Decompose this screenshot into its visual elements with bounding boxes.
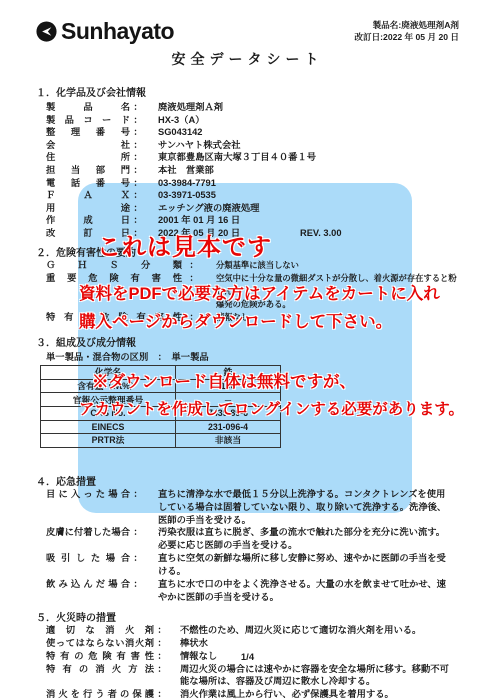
section-company-info: １．化学品及び会社情報 製 品 名：廃液処理剤Ａ剤 製品コード：HX-3（A） …	[36, 84, 459, 240]
colon-separator: ：	[130, 151, 146, 164]
field-label: 目 に 入 っ た 場 合	[46, 488, 130, 527]
field-row: 作 成 日：2001 年 01 月 16 日	[36, 214, 459, 227]
colon-separator: ：	[130, 202, 146, 215]
field-label: 吸 引 し た 場 合	[46, 552, 130, 578]
colon-separator: ：	[154, 637, 170, 650]
table-row: PRTR法非該当	[41, 434, 281, 448]
field-row: 用 途：エッチング液の廃液処理	[36, 202, 459, 215]
single-product-line: 単一製品・混合物の区別 ： 単一製品	[36, 351, 459, 364]
section-first-aid: ４．応急措置 目 に 入 っ た 場 合：直ちに清浄な水で最低１５分以上洗浄する…	[36, 473, 459, 604]
watermark-instruction-line: ※ダウンロード自体は無料ですが、	[92, 368, 356, 392]
field-label: 会 社	[46, 139, 130, 152]
field-row: 飲 み 込 ん だ 場 合：直ちに水で口の中をよく洗浄させる。大量の水を飲ませて…	[36, 578, 459, 604]
section-3-heading: ３．組成及び成分情報	[36, 334, 459, 349]
colon-separator: ：	[154, 624, 170, 637]
watermark-instruction-line: 購入ページからダウンロードして下さい。	[79, 308, 392, 332]
field-value: 直ちに清浄な水で最低１５分以上洗浄する。コンタクトレンズを使用 している場合は固…	[146, 488, 459, 527]
field-row: 消 火 を 行 う 者 の 保 護：消火作業は風上から行い、必ず保護具を着用する…	[36, 688, 459, 700]
field-label: 製 品 名	[46, 101, 130, 114]
header-revision-block: 製品名:廃液処理剤A剤 改訂日:2022 年 05 月 20 日	[354, 18, 459, 43]
page-title: 安全データシート	[36, 49, 459, 69]
field-row: Ｆ Ａ Ｘ：03-3971-0535	[36, 189, 459, 202]
field-value: 棒状水	[170, 637, 459, 650]
logo-wordmark: Sunhayato	[61, 18, 174, 45]
field-value: 直ちに空気の新鮮な場所に移し安静に努め、速やかに医師の手当を受 ける。	[146, 552, 459, 578]
field-value: HX-3（A）	[146, 114, 459, 127]
watermark-instruction-line: 資料をPDFで必要な方はアイテムをカートに入れ	[79, 280, 440, 304]
field-row: 特 有 の 消 火 方 法：周辺火災の場合には速やかに容器を安全な場所に移す。移…	[36, 663, 459, 689]
field-value: 東京都豊島区南大塚３丁目４０番１号	[146, 151, 459, 164]
section-1-rows: 製 品 名：廃液処理剤Ａ剤 製品コード：HX-3（A） 整 理 番 号：SG04…	[36, 101, 459, 240]
table-cell-label: PRTR法	[41, 434, 176, 448]
colon-separator: ：	[130, 177, 146, 190]
field-value: 廃液処理剤Ａ剤	[146, 101, 459, 114]
field-label: 消 火 を 行 う 者 の 保 護	[46, 688, 154, 700]
table-cell-value: 非該当	[176, 434, 281, 448]
colon-separator: ：	[130, 101, 146, 114]
field-row: 目 に 入 っ た 場 合：直ちに清浄な水で最低１５分以上洗浄する。コンタクトレ…	[36, 488, 459, 527]
field-value: 不燃性のため、周辺火災に応じて適切な消火剤を用いる。	[170, 624, 459, 637]
field-value: SG043142	[146, 126, 459, 139]
sds-document-page: Sunhayato 製品名:廃液処理剤A剤 改訂日:2022 年 05 月 20…	[0, 0, 495, 700]
field-label: 住 所	[46, 151, 130, 164]
table-cell-label: EINECS	[41, 420, 176, 434]
colon-separator: ：	[130, 126, 146, 139]
page-number: 1/4	[0, 652, 495, 663]
colon-separator: ：	[130, 164, 146, 177]
field-label: 製品コード	[46, 114, 130, 127]
field-label: 電 話 番 号	[46, 177, 130, 190]
field-label: 特 有 の 消 火 方 法	[46, 663, 154, 689]
field-value: 消火作業は風上から行い、必ず保護具を着用する。	[170, 688, 459, 700]
product-name-line: 製品名:廃液処理剤A剤	[354, 20, 459, 32]
field-row: 適 切 な 消 火 剤：不燃性のため、周辺火災に応じて適切な消火剤を用いる。	[36, 624, 459, 637]
field-value: 本社 営業部	[146, 164, 459, 177]
colon-separator: ：	[130, 488, 146, 527]
field-value: 周辺火災の場合には速やかに容器を安全な場所に移す。移動不可 能な場所は、容器及び…	[170, 663, 459, 689]
field-row: 会 社：サンハヤト株式会社	[36, 139, 459, 152]
field-value: サンハヤト株式会社	[146, 139, 459, 152]
field-row: 皮膚に付着した場合：汚染衣服は直ちに脱ぎ、多量の流水で触れた部分を充分に洗い流す…	[36, 526, 459, 552]
revision-date-line: 改訂日:2022 年 05 月 20 日	[354, 32, 459, 44]
field-label: 整 理 番 号	[46, 126, 130, 139]
field-value: 直ちに水で口の中をよく洗浄させる。大量の水を飲ませて吐かせ、速 やかに医師の手当…	[146, 578, 459, 604]
sunhayato-logo-icon	[36, 21, 57, 42]
rev-number: REV. 3.00	[300, 227, 342, 240]
field-value: 汚染衣服は直ちに脱ぎ、多量の流水で触れた部分を充分に洗い流す。 必要に応じ医師の…	[146, 526, 459, 552]
field-row: 住 所：東京都豊島区南大塚３丁目４０番１号	[36, 151, 459, 164]
field-row: 整 理 番 号：SG043142	[36, 126, 459, 139]
section-1-heading: １．化学品及び会社情報	[36, 84, 459, 99]
field-value: 03-3971-0535	[146, 189, 459, 202]
document-content: Sunhayato 製品名:廃液処理剤A剤 改訂日:2022 年 05 月 20…	[0, 0, 495, 700]
field-row: 製 品 名：廃液処理剤Ａ剤	[36, 101, 459, 114]
field-value: 03-3984-7791	[146, 177, 459, 190]
watermark-instruction-line: アカウントを作成してロングインする必要があります。	[79, 397, 464, 419]
colon-separator: ：	[130, 114, 146, 127]
field-label: 担 当 部 門	[46, 164, 130, 177]
colon-separator: ：	[130, 214, 146, 227]
field-label: Ｆ Ａ Ｘ	[46, 189, 130, 202]
field-value: エッチング液の廃液処理	[146, 202, 459, 215]
sample-watermark-text: これは見本です	[97, 227, 272, 262]
field-row: 吸 引 し た 場 合：直ちに空気の新鮮な場所に移し安静に努め、速やかに医師の手…	[36, 552, 459, 578]
field-label: 飲 み 込 ん だ 場 合	[46, 578, 130, 604]
field-row: 担 当 部 門：本社 営業部	[36, 164, 459, 177]
field-value: 2001 年 01 月 16 日	[146, 214, 459, 227]
field-label: 皮膚に付着した場合	[46, 526, 130, 552]
colon-separator: ：	[130, 526, 146, 552]
colon-separator: ：	[130, 578, 146, 604]
field-label: 用 途	[46, 202, 130, 215]
field-row: 使ってはならない消火剤：棒状水	[36, 637, 459, 650]
field-label: 作 成 日	[46, 214, 130, 227]
document-header: Sunhayato 製品名:廃液処理剤A剤 改訂日:2022 年 05 月 20…	[36, 18, 459, 45]
colon-separator: ：	[154, 663, 170, 689]
colon-separator: ：	[130, 139, 146, 152]
field-label: 使ってはならない消火剤	[46, 637, 154, 650]
colon-separator: ：	[154, 688, 170, 700]
section-5-heading: ５．火災時の措置	[36, 609, 459, 624]
field-row: 製品コード：HX-3（A）	[36, 114, 459, 127]
sunhayato-logo: Sunhayato	[36, 18, 174, 45]
section-4-heading: ４．応急措置	[36, 473, 459, 488]
colon-separator: ：	[130, 189, 146, 202]
table-row: EINECS231-096-4	[41, 420, 281, 434]
field-label: 適 切 な 消 火 剤	[46, 624, 154, 637]
colon-separator: ：	[130, 552, 146, 578]
table-cell-value: 231-096-4	[176, 420, 281, 434]
field-row: 電 話 番 号：03-3984-7791	[36, 177, 459, 190]
